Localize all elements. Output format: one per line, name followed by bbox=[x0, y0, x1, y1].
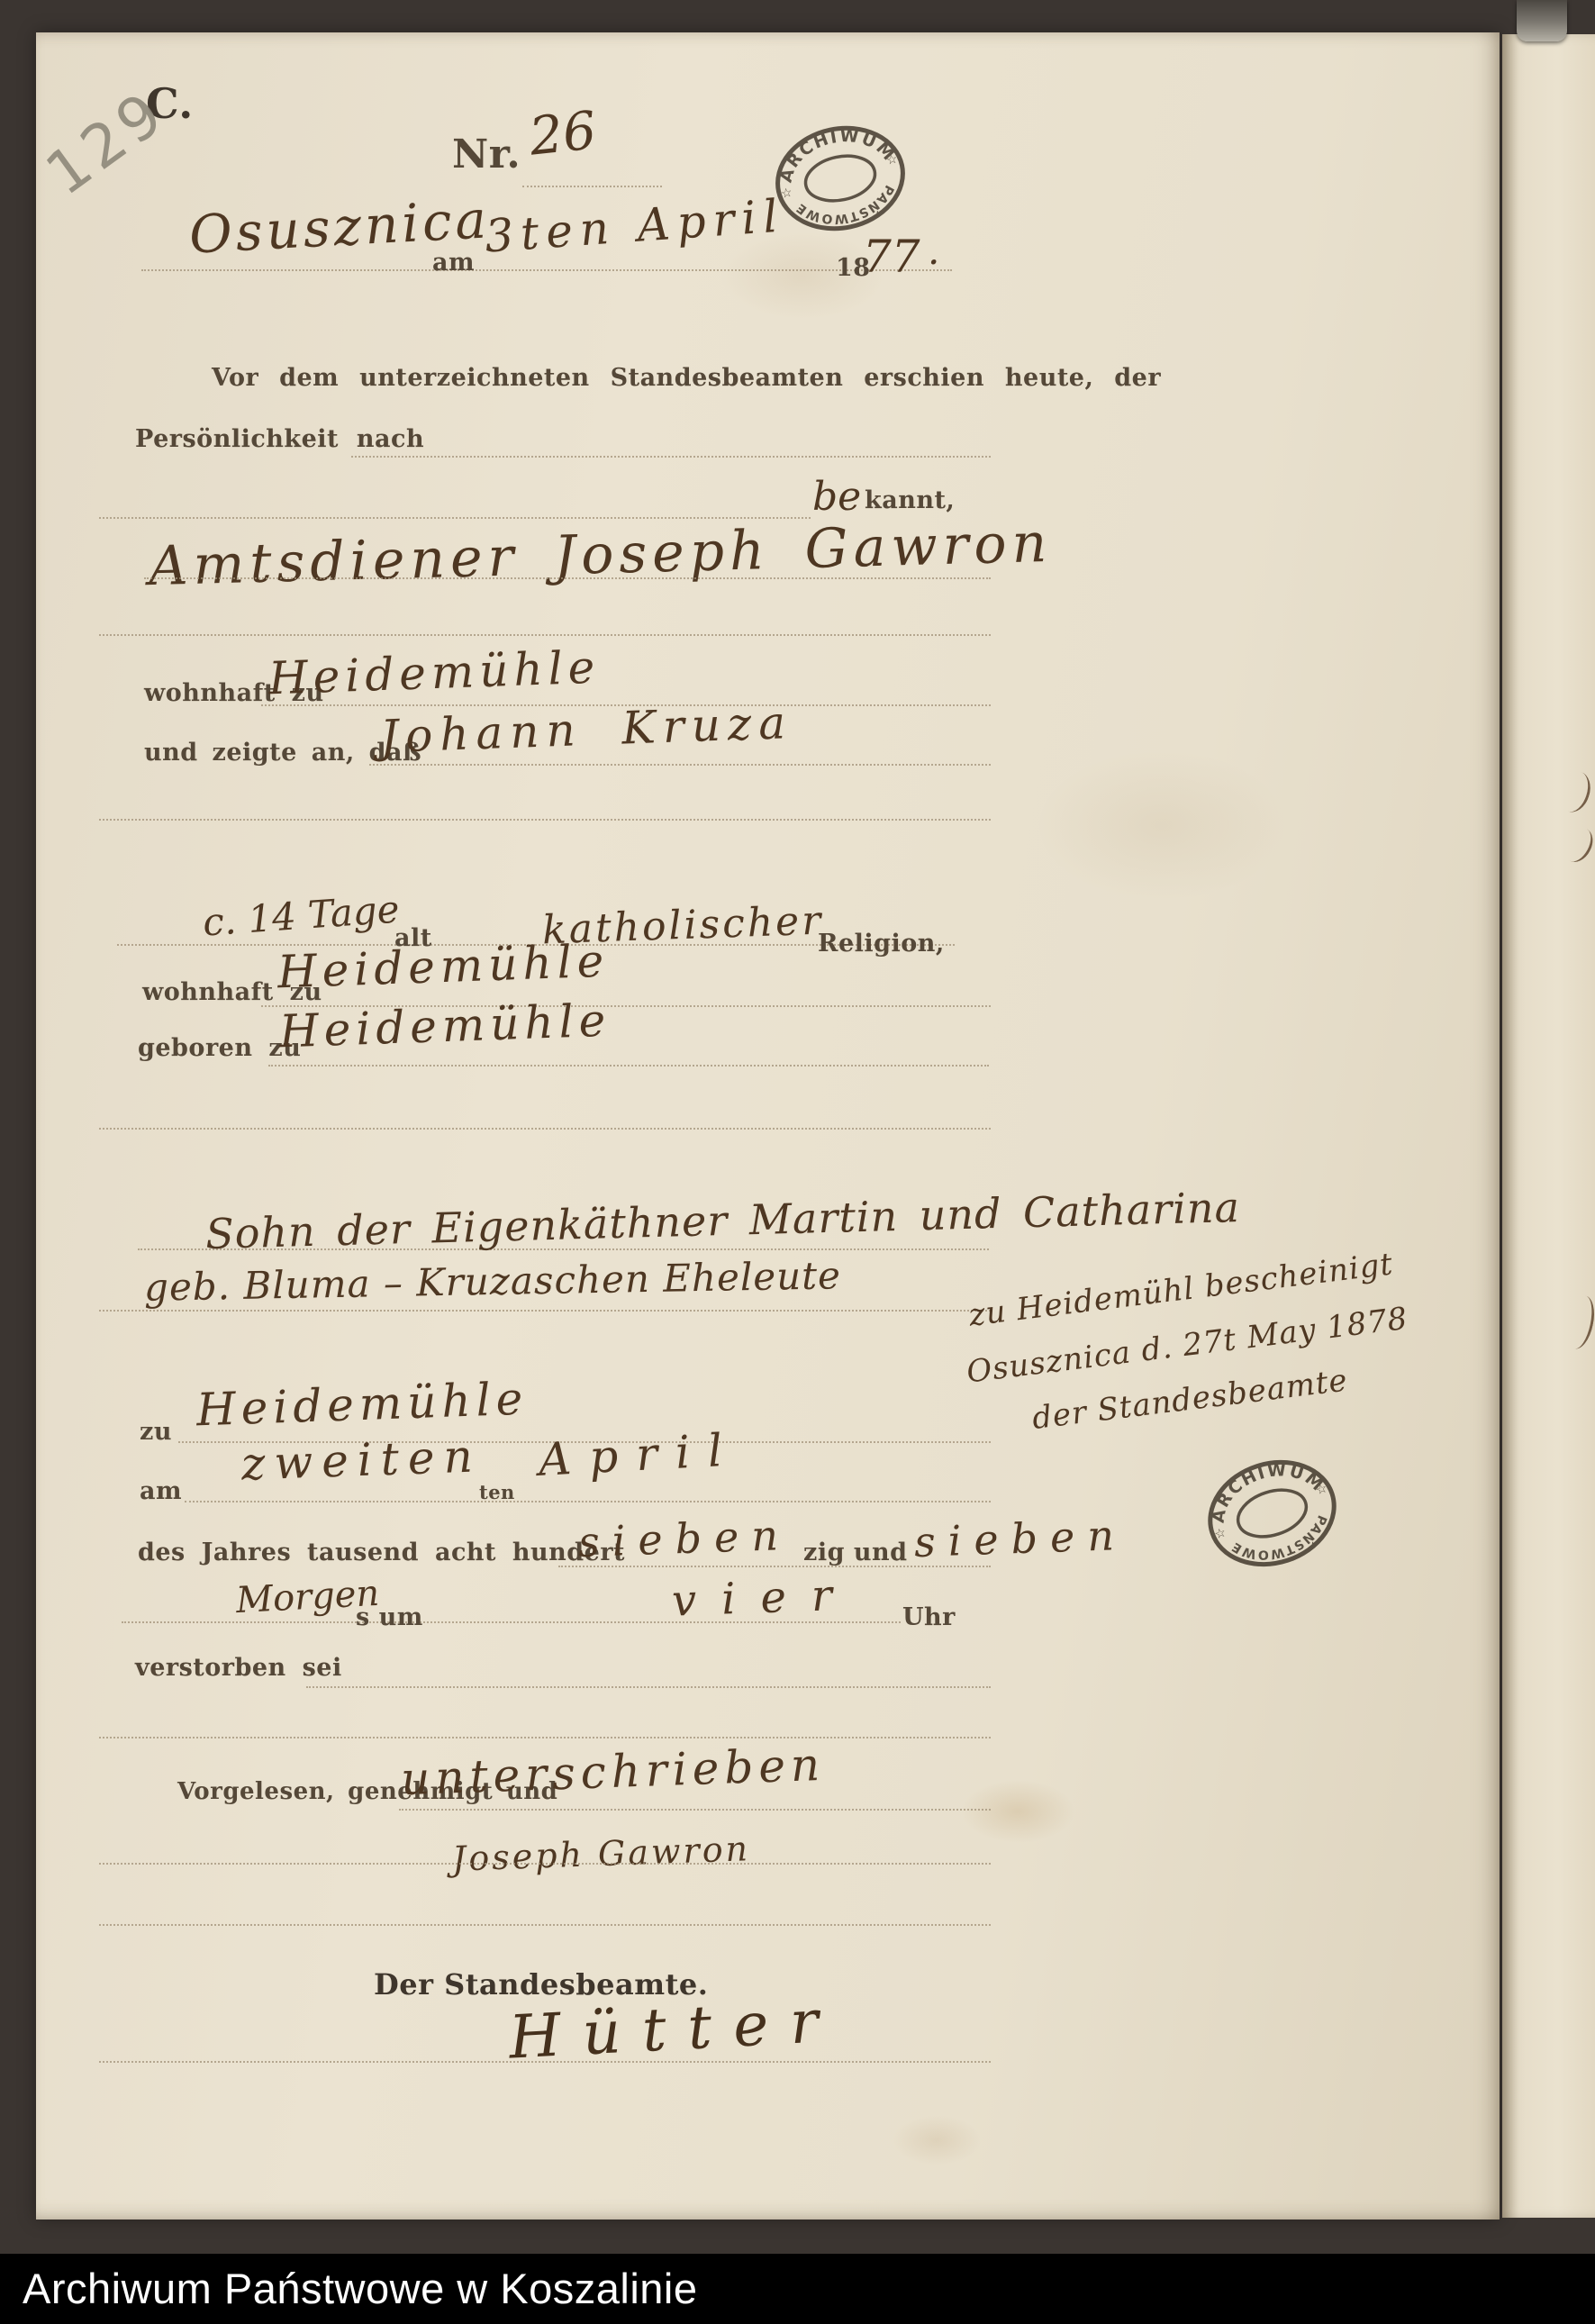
svg-text:ARCHIWUM: ARCHIWUM bbox=[1196, 1445, 1331, 1530]
death-month-entry: April bbox=[538, 1423, 742, 1486]
parents-entry-line2: geb. Bluma – Kruzaschen Eheleute bbox=[144, 1253, 842, 1309]
svg-text:ARCHIWUM: ARCHIWUM bbox=[767, 114, 901, 188]
dotted-line bbox=[185, 1501, 991, 1502]
dotted-line bbox=[99, 819, 991, 821]
handwriting-fragment bbox=[1558, 823, 1595, 867]
dotted-line bbox=[351, 456, 991, 458]
declarant-signature: Joseph Gawron bbox=[451, 1829, 750, 1879]
dotted-line bbox=[399, 1809, 991, 1811]
zu-label: zu bbox=[140, 1418, 172, 1446]
zig-und-label: zig und bbox=[803, 1539, 908, 1566]
hour-entry: vier bbox=[671, 1569, 858, 1626]
geboren-label: geboren zu bbox=[138, 1034, 301, 1062]
death-place-entry: Heidemühle bbox=[195, 1373, 529, 1437]
closing-hand: unterschrieben bbox=[400, 1738, 826, 1805]
date-entry: 3ten April bbox=[483, 189, 786, 262]
dotted-line bbox=[99, 1737, 991, 1738]
birthplace-entry: Heidemühle bbox=[278, 994, 612, 1058]
year-line-printed: des Jahres tausend acht hundert bbox=[138, 1539, 625, 1566]
am-label: am bbox=[432, 249, 475, 277]
declarant-entry: Amtsdiener Joseph Gawron bbox=[148, 512, 1053, 598]
dotted-line bbox=[99, 1924, 991, 1926]
bekannt-hand: be bbox=[812, 474, 861, 520]
archive-caption: Archiwum Państwowe w Koszalinie bbox=[0, 2254, 1595, 2324]
archive-stamp-top: ARCHIWUM PAŃSTWOWE ☆ ☆ bbox=[763, 112, 918, 246]
verstorben-label: verstorben sei bbox=[135, 1654, 342, 1682]
adjacent-page-edge bbox=[1502, 34, 1595, 2218]
dotted-line bbox=[141, 269, 952, 271]
dotted-line bbox=[99, 1310, 991, 1312]
archive-stamp-lower: ARCHIWUM PAŃSTWOWE ☆ ☆ bbox=[1189, 1440, 1355, 1586]
residence-entry-1: Heidemühle bbox=[267, 641, 601, 705]
s-um-label: s um bbox=[356, 1603, 423, 1631]
stamp-text-archiwum: ARCHIWUM bbox=[1196, 1445, 1331, 1530]
bekannt-printed: kannt, bbox=[865, 486, 955, 514]
handwriting-fragment bbox=[1562, 1294, 1595, 1352]
residence-entry-2: Heidemühle bbox=[276, 935, 610, 999]
scanned-document: C. 129 Nr. 26 ARCHIWUM PAŃSTWOWE ☆ bbox=[0, 0, 1595, 2324]
binder-clip bbox=[1517, 0, 1567, 41]
dotted-line bbox=[306, 1686, 991, 1688]
certificate-page: C. 129 Nr. 26 ARCHIWUM PAŃSTWOWE ☆ bbox=[36, 32, 1500, 2220]
death-day-entry: zweiten bbox=[240, 1430, 482, 1490]
footer-bar: Archiwum Państwowe w Koszalinie bbox=[0, 2254, 1595, 2324]
dotted-line bbox=[99, 634, 991, 636]
persoenlichkeit-label: Persönlichkeit nach bbox=[135, 425, 424, 453]
stamp-text-archiwum: ARCHIWUM bbox=[767, 114, 901, 188]
deceased-name-entry: Johann Kruza bbox=[379, 696, 793, 763]
record-number-label: Nr. bbox=[452, 132, 521, 177]
religion-label: Religion, bbox=[818, 930, 945, 958]
handwriting-fragment bbox=[1554, 767, 1595, 816]
year-entry: 77 bbox=[863, 231, 920, 283]
dotted-line bbox=[268, 1065, 989, 1067]
stamp-inner-oval bbox=[802, 150, 879, 206]
dotted-line bbox=[99, 1128, 991, 1130]
dotted-line bbox=[99, 517, 811, 519]
parents-entry-line1: Sohn der Eigenkäthner Martin und Cathari… bbox=[204, 1183, 1240, 1258]
dotted-line bbox=[369, 764, 991, 766]
dotted-line bbox=[99, 2061, 991, 2063]
am-label-death: am bbox=[140, 1477, 182, 1505]
dotted-line bbox=[144, 577, 991, 579]
year-ones-entry: sieben bbox=[913, 1511, 1128, 1566]
record-number-value: 26 bbox=[527, 99, 600, 167]
age-entry: c. 14 Tage bbox=[202, 886, 401, 944]
year-tens-entry: sieben bbox=[577, 1511, 792, 1566]
dotted-line bbox=[99, 1863, 991, 1865]
period-mark: . bbox=[928, 229, 939, 273]
ten-label: ten bbox=[479, 1481, 515, 1503]
uhr-label: Uhr bbox=[902, 1603, 956, 1631]
intro-line: Vor dem unterzeichneten Standesbeamten e… bbox=[212, 364, 1161, 392]
dotted-line bbox=[522, 186, 662, 187]
